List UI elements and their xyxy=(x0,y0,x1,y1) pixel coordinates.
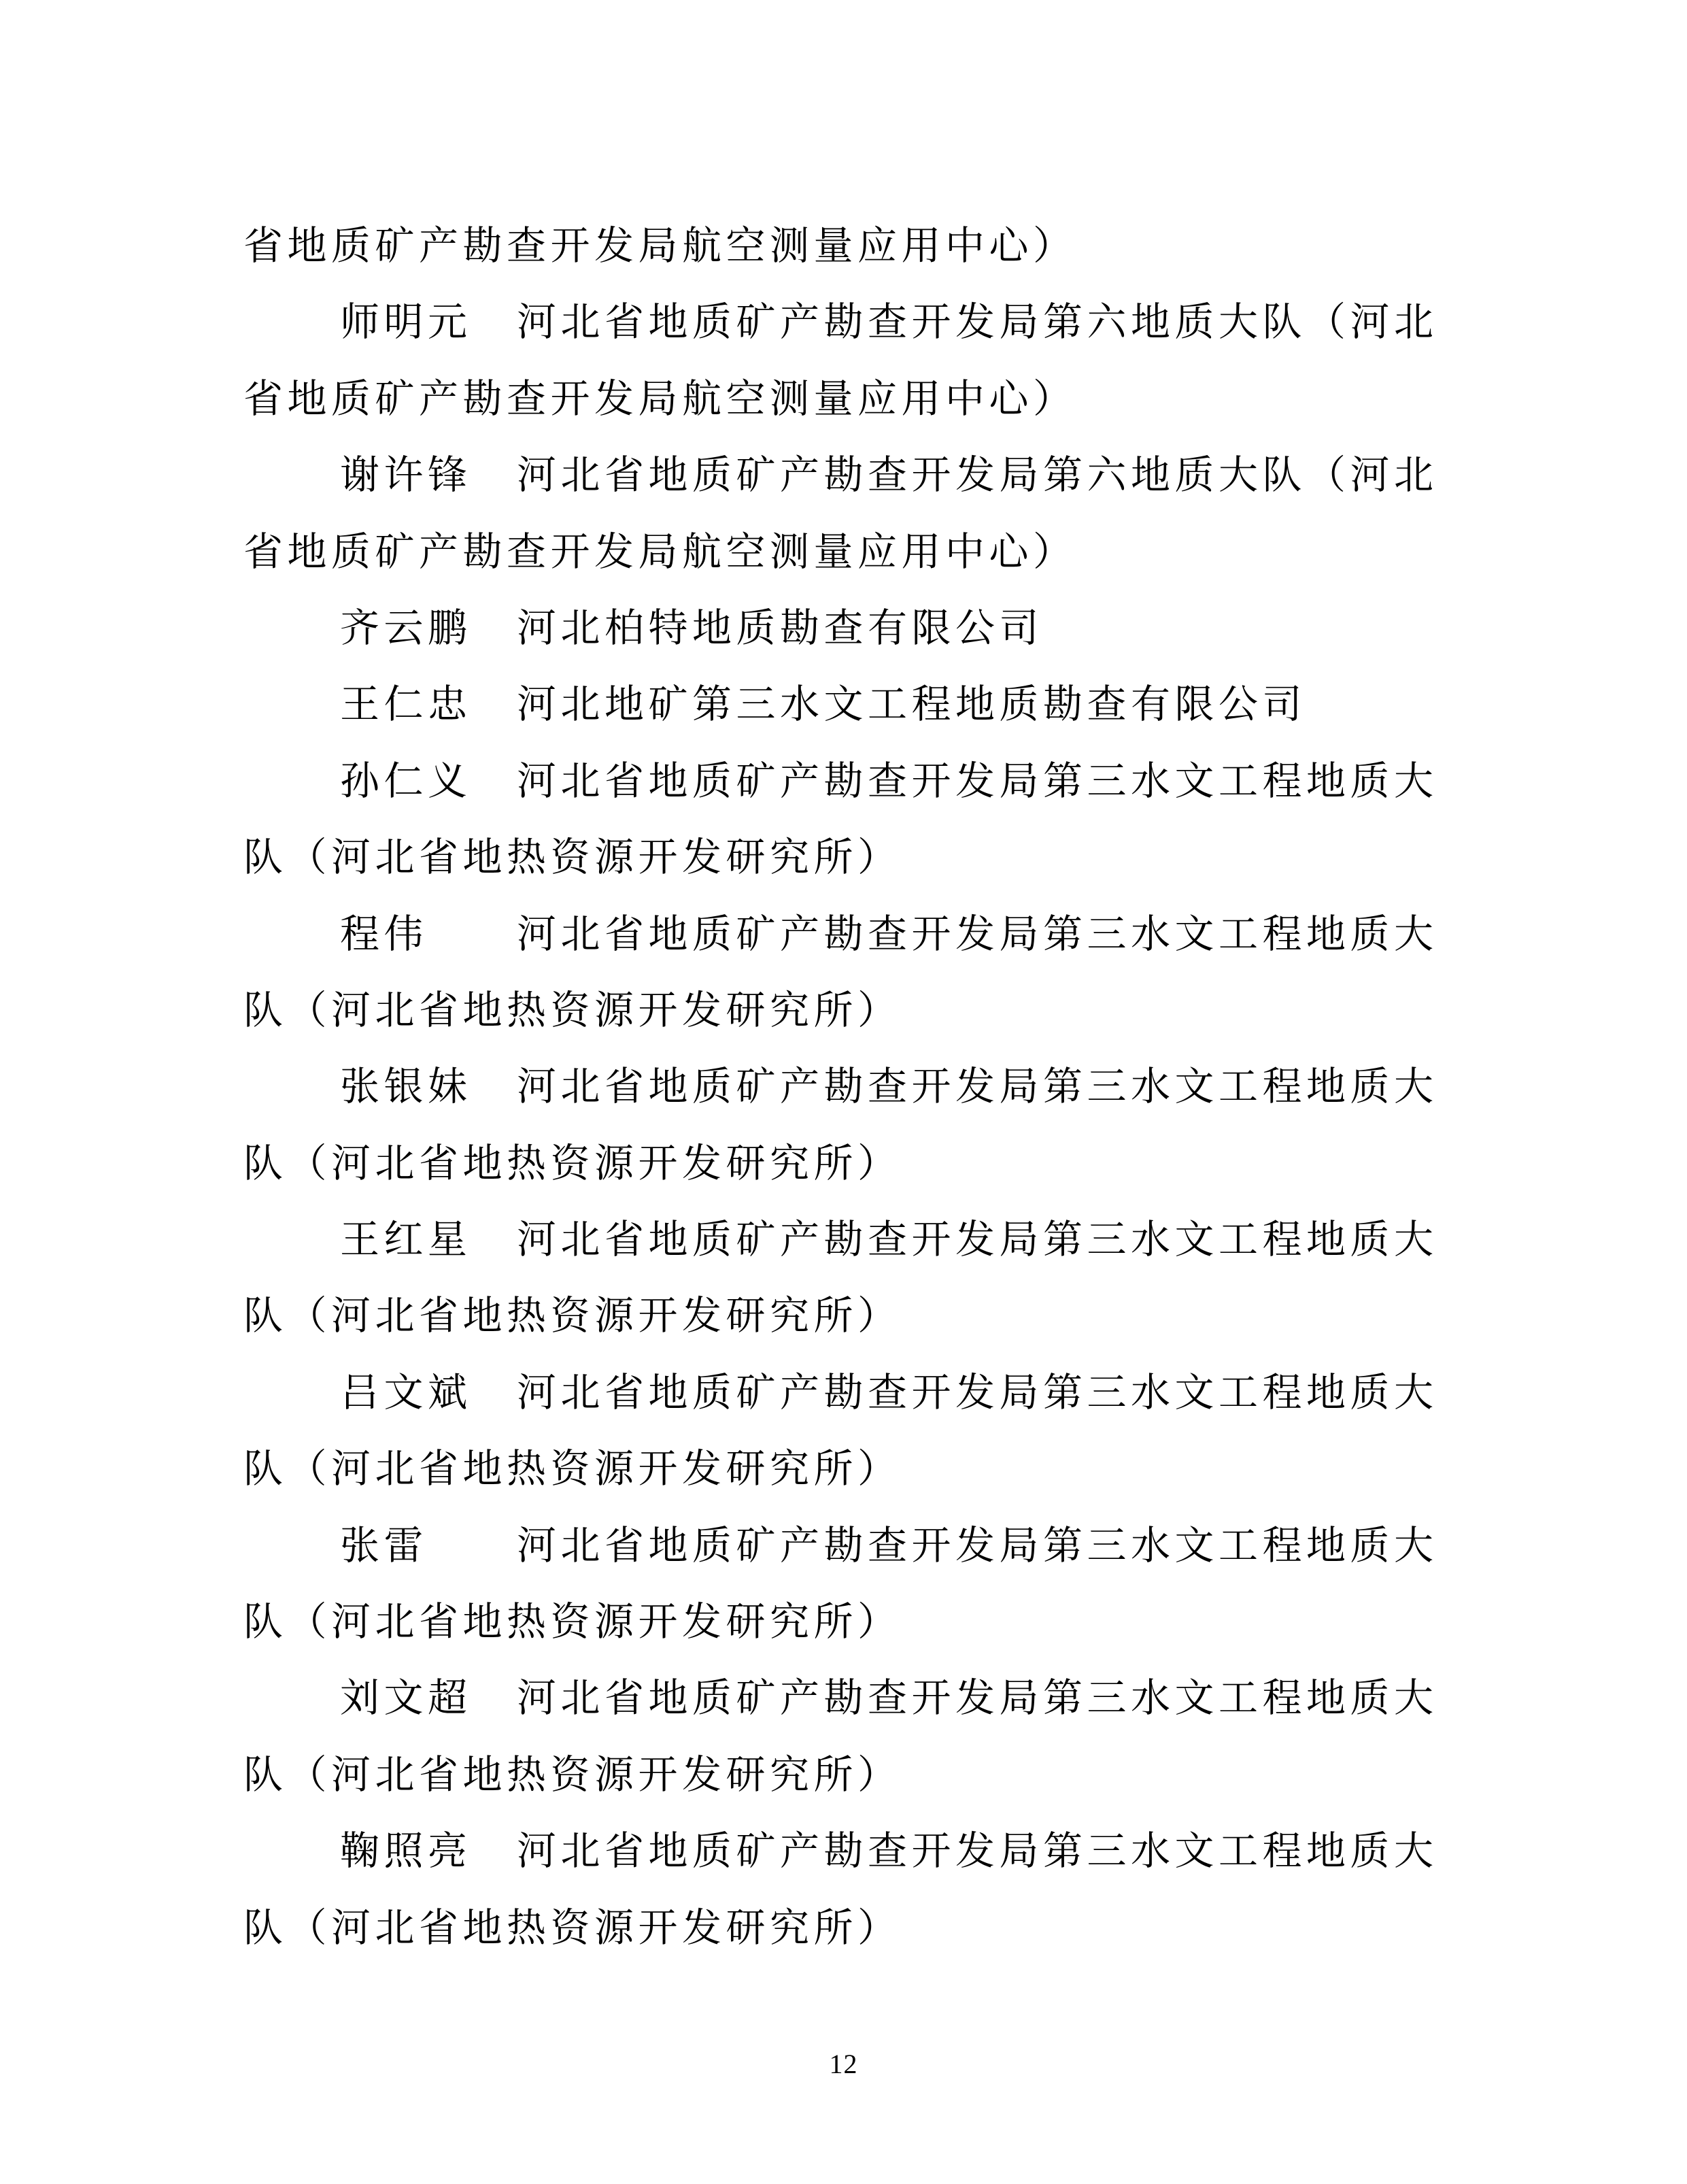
continuation-text: 队（河北省地热资源开发研究所） xyxy=(243,1737,902,1813)
continuation-line: 队（河北省地热资源开发研究所） xyxy=(243,820,1440,896)
continuation-line: 队（河北省地热资源开发研究所） xyxy=(243,1126,1440,1202)
continuation-line: 队（河北省地热资源开发研究所） xyxy=(243,1890,1440,1966)
person-affiliation: 河北省地质矿产勘查开发局第三水文工程地质大 xyxy=(517,1049,1438,1125)
person-name: 师明元 xyxy=(340,284,472,360)
continuation-text: 队（河北省地热资源开发研究所） xyxy=(243,1278,902,1354)
continuation-text: 队（河北省地热资源开发研究所） xyxy=(243,1431,902,1507)
person-name: 齐云鹏 xyxy=(340,590,472,667)
continuation-text: 省地质矿产勘查开发局航空测量应用中心） xyxy=(243,514,1077,590)
continuation-line: 队（河北省地热资源开发研究所） xyxy=(243,1278,1440,1354)
person-affiliation: 河北省地质矿产勘查开发局第三水文工程地质大 xyxy=(517,743,1438,820)
person-affiliation: 河北省地质矿产勘查开发局第三水文工程地质大 xyxy=(517,1508,1438,1584)
continuation-text: 队（河北省地热资源开发研究所） xyxy=(243,1126,902,1202)
entry-line: 谢许锋 河北省地质矿产勘查开发局第六地质大队（河北 xyxy=(243,437,1440,514)
continuation-line: 队（河北省地热资源开发研究所） xyxy=(243,1584,1440,1660)
person-affiliation: 河北省地质矿产勘查开发局第六地质大队（河北 xyxy=(517,284,1438,360)
continuation-line: 队（河北省地热资源开发研究所） xyxy=(243,1431,1440,1507)
entry-line: 孙仁义 河北省地质矿产勘查开发局第三水文工程地质大 xyxy=(243,743,1440,820)
person-affiliation: 河北地矿第三水文工程地质勘查有限公司 xyxy=(517,667,1306,743)
entry-line: 王红星 河北省地质矿产勘查开发局第三水文工程地质大 xyxy=(243,1202,1440,1278)
person-name: 程伟 xyxy=(340,896,428,973)
entry-line: 师明元 河北省地质矿产勘查开发局第六地质大队（河北 xyxy=(243,284,1440,360)
entry-line: 鞠照亮 河北省地质矿产勘查开发局第三水文工程地质大 xyxy=(243,1813,1440,1889)
continuation-line: 省地质矿产勘查开发局航空测量应用中心） xyxy=(243,208,1440,284)
person-name: 鞠照亮 xyxy=(340,1813,472,1889)
continuation-text: 省地质矿产勘查开发局航空测量应用中心） xyxy=(243,208,1077,284)
continuation-line: 省地质矿产勘查开发局航空测量应用中心） xyxy=(243,361,1440,437)
person-affiliation: 河北省地质矿产勘查开发局第三水文工程地质大 xyxy=(517,1660,1438,1736)
person-affiliation: 河北省地质矿产勘查开发局第六地质大队（河北 xyxy=(517,437,1438,514)
continuation-text: 队（河北省地热资源开发研究所） xyxy=(243,1890,902,1966)
person-name: 王红星 xyxy=(340,1202,472,1278)
person-name: 孙仁义 xyxy=(340,743,472,820)
continuation-text: 队（河北省地热资源开发研究所） xyxy=(243,820,902,896)
person-name: 张银妹 xyxy=(340,1049,472,1125)
continuation-line: 队（河北省地热资源开发研究所） xyxy=(243,973,1440,1049)
entry-line: 张雷 河北省地质矿产勘查开发局第三水文工程地质大 xyxy=(243,1508,1440,1584)
person-name: 吕文斌 xyxy=(340,1355,472,1431)
text-block: 省地质矿产勘查开发局航空测量应用中心） 师明元 河北省地质矿产勘查开发局第六地质… xyxy=(243,208,1440,1966)
entry-line: 吕文斌 河北省地质矿产勘查开发局第三水文工程地质大 xyxy=(243,1355,1440,1431)
document-page: 省地质矿产勘查开发局航空测量应用中心） 师明元 河北省地质矿产勘查开发局第六地质… xyxy=(0,0,1687,2184)
person-affiliation: 河北省地质矿产勘查开发局第三水文工程地质大 xyxy=(517,1202,1438,1278)
person-affiliation: 河北省地质矿产勘查开发局第三水文工程地质大 xyxy=(517,896,1438,973)
continuation-line: 省地质矿产勘查开发局航空测量应用中心） xyxy=(243,514,1440,590)
continuation-text: 省地质矿产勘查开发局航空测量应用中心） xyxy=(243,361,1077,437)
person-affiliation: 河北省地质矿产勘查开发局第三水文工程地质大 xyxy=(517,1355,1438,1431)
entry-line: 刘文超 河北省地质矿产勘查开发局第三水文工程地质大 xyxy=(243,1660,1440,1736)
continuation-text: 队（河北省地热资源开发研究所） xyxy=(243,1584,902,1660)
continuation-text: 队（河北省地热资源开发研究所） xyxy=(243,973,902,1049)
page-number: 12 xyxy=(0,2044,1687,2085)
entry-line: 王仁忠 河北地矿第三水文工程地质勘查有限公司 xyxy=(243,667,1440,743)
person-name: 谢许锋 xyxy=(340,437,472,514)
person-affiliation: 河北省地质矿产勘查开发局第三水文工程地质大 xyxy=(517,1813,1438,1889)
person-affiliation: 河北柏特地质勘查有限公司 xyxy=(517,590,1043,667)
person-name: 王仁忠 xyxy=(340,667,472,743)
person-name: 刘文超 xyxy=(340,1660,472,1736)
entry-line: 张银妹 河北省地质矿产勘查开发局第三水文工程地质大 xyxy=(243,1049,1440,1125)
person-name: 张雷 xyxy=(340,1508,428,1584)
entry-line: 齐云鹏 河北柏特地质勘查有限公司 xyxy=(243,590,1440,667)
entry-line: 程伟 河北省地质矿产勘查开发局第三水文工程地质大 xyxy=(243,896,1440,973)
continuation-line: 队（河北省地热资源开发研究所） xyxy=(243,1737,1440,1813)
